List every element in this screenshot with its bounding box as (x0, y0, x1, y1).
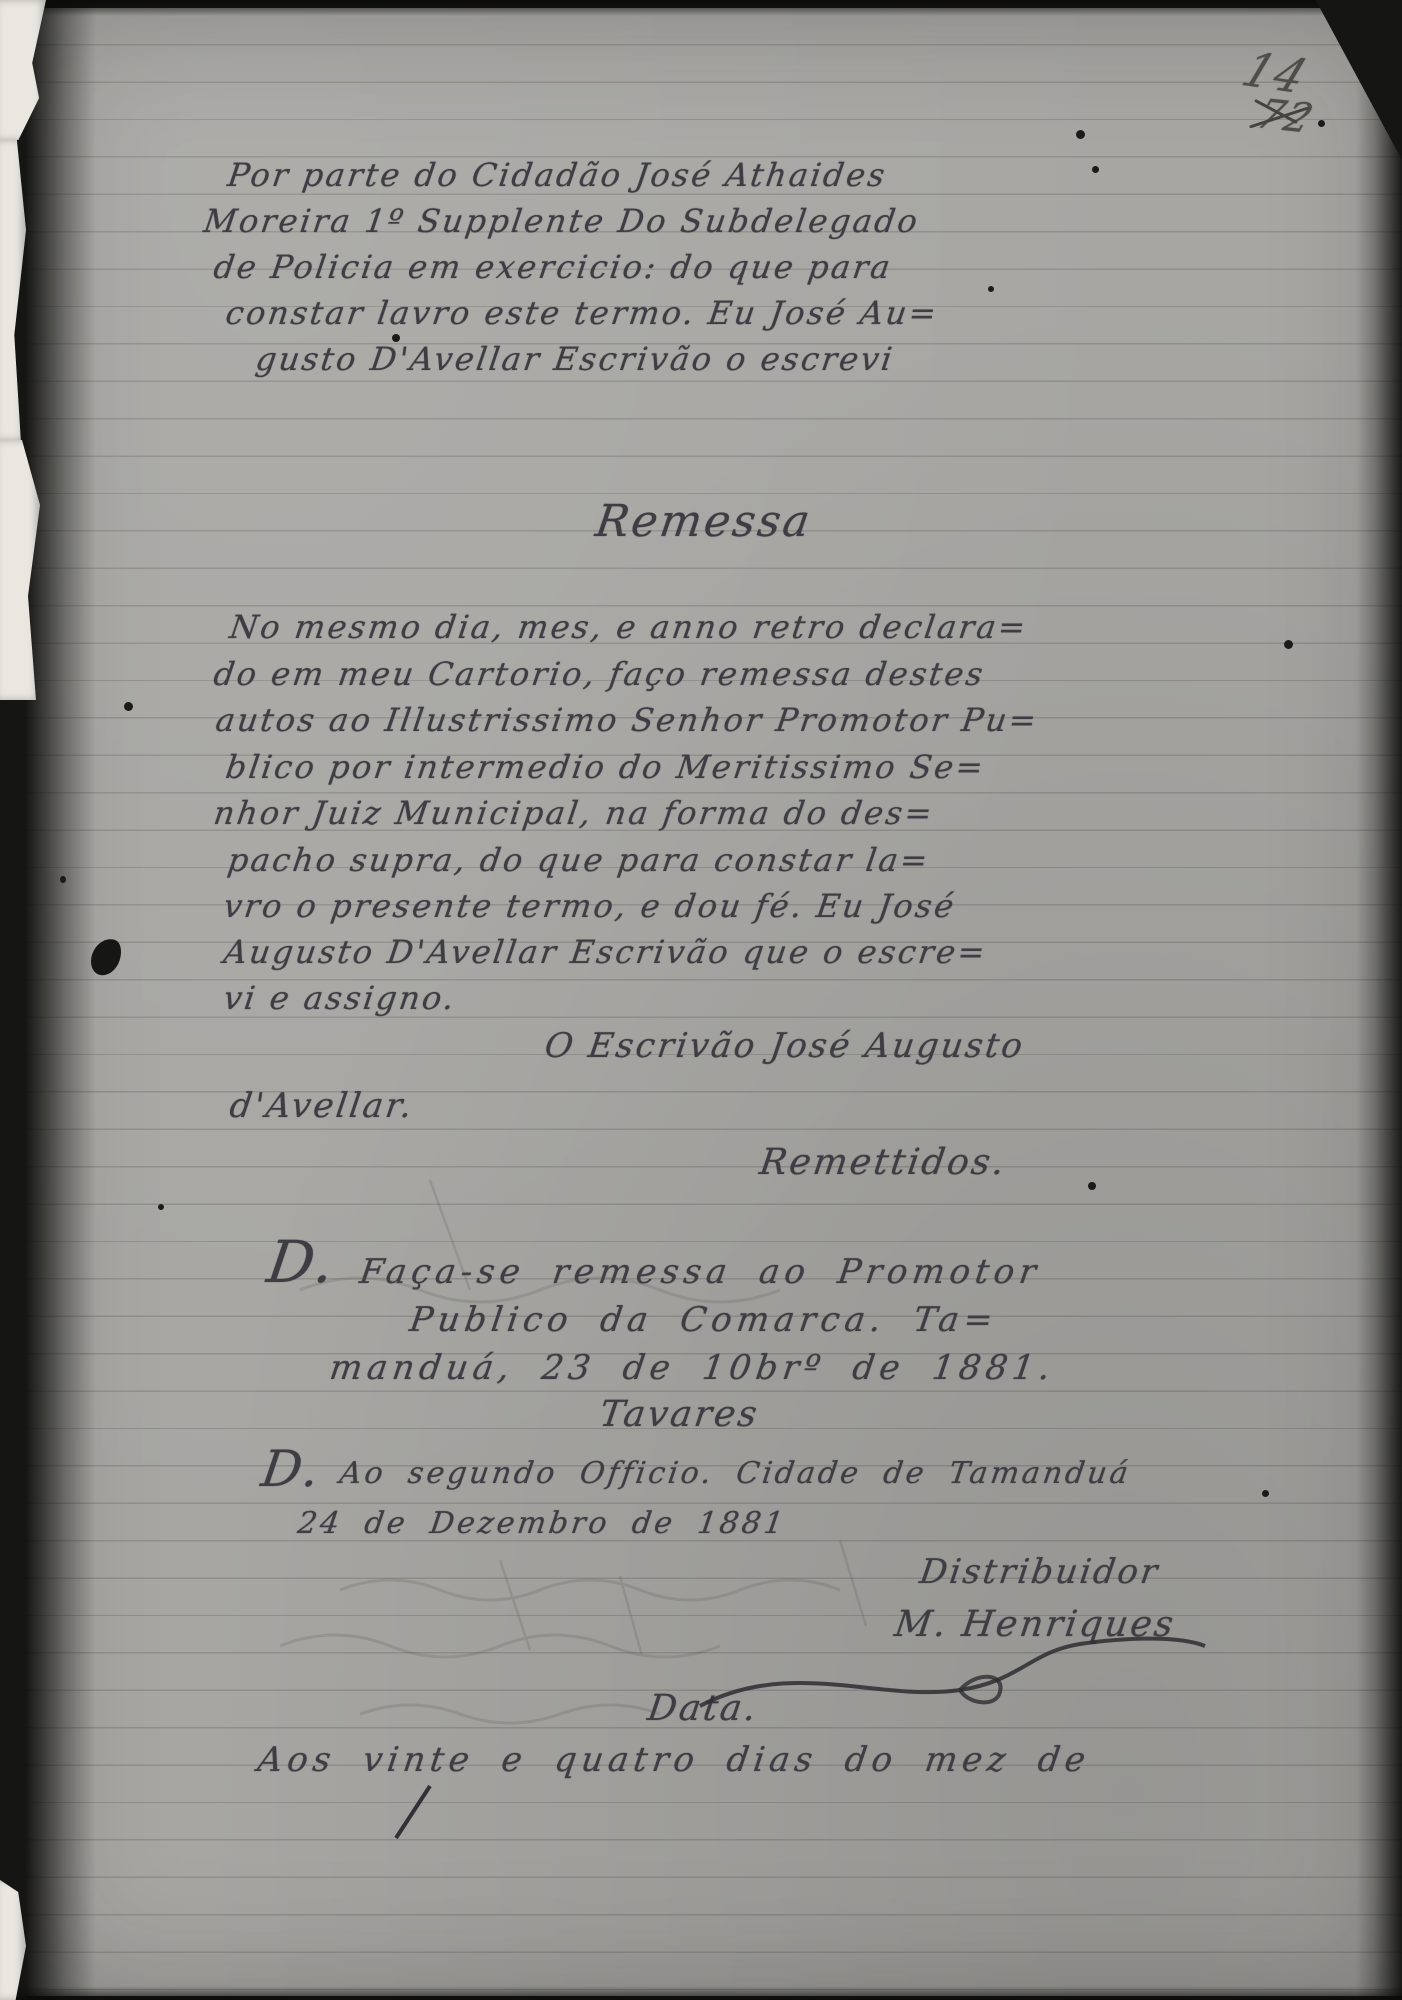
scribe-signature-line-2: d'Avellar. (227, 1086, 417, 1126)
remessa-term-line: No mesmo dia, mes, e anno retro declara= (227, 608, 1030, 646)
remessa-term-line: pacho supra, do que para constar la= (225, 841, 932, 879)
remitted-note: Remettidos. (757, 1142, 1009, 1183)
ink-speck (124, 702, 133, 711)
ink-speck (1284, 640, 1293, 649)
term-closing-line: gusto D'Avellar Escrivão o escrevi (253, 340, 897, 378)
page-right-edge-shadow (1356, 0, 1402, 2000)
scanned-manuscript-screenshot: 14 72 Por parte do Cidadão José Athaides… (0, 0, 1402, 2000)
ink-speck (1088, 1182, 1096, 1190)
despacho-distribuicao-date: 24 de Dezembro de 1881 (296, 1506, 789, 1541)
scribe-signature-line-1: O Escrivão José Augusto (542, 1026, 1027, 1066)
despacho-remessa-date: manduá, 23 de 10brº de 1881. (327, 1348, 1057, 1388)
despacho-distribuicao-line: Ao segundo Officio. Cidade de Tamanduá (338, 1456, 1134, 1491)
remessa-term-line: nhor Juiz Municipal, na forma do des= (211, 794, 936, 832)
remessa-term-line: vi e assigno. (221, 979, 459, 1017)
distribuidor-signature: M. Henriques (892, 1604, 1178, 1645)
ink-speck (1076, 130, 1085, 139)
despacho-remessa-line: Faça-se remessa ao Promotor (357, 1252, 1043, 1292)
page-bottom-edge-shadow (0, 1986, 1402, 2000)
remessa-term-line: blico por intermedio do Meritissimo Se= (223, 748, 988, 786)
torn-paper-edge (0, 140, 26, 440)
term-closing-line: de Policia em exercicio: do que para (211, 248, 895, 286)
ink-speck (988, 286, 994, 292)
remessa-term-line: autos ao Illustrissimo Senhor Promotor P… (213, 701, 1041, 739)
despacho-remessa-line: Publico da Comarca. Ta= (407, 1300, 1000, 1340)
despacho-initial: D. (263, 1228, 340, 1296)
ink-speck (158, 1204, 164, 1210)
remessa-term-line: Augusto D'Avellar Escrivão que o escre= (221, 933, 989, 971)
term-closing-line: constar lavro este termo. Eu José Au= (223, 294, 941, 332)
distribuidor-label: Distribuidor (917, 1552, 1162, 1592)
remessa-heading: Remessa (592, 496, 815, 547)
ink-speck (1092, 166, 1099, 173)
data-heading: Data. (645, 1688, 761, 1729)
despacho-initial: D. (258, 1440, 325, 1498)
page-top-edge-shadow (0, 0, 1402, 16)
term-closing-line: Por parte do Cidadão José Athaides (225, 156, 889, 194)
binding-gutter-shadow (26, 0, 96, 2000)
remessa-term-line: vro o presente termo, e dou fé. Eu José (221, 887, 958, 925)
data-line: Aos vinte e quatro dias do mez de (255, 1740, 1093, 1780)
remessa-term-line: do em meu Cartorio, faço remessa destes (211, 655, 987, 693)
ink-speck (392, 334, 400, 342)
term-closing-line: Moreira 1º Supplente Do Subdelegado (201, 202, 922, 240)
torn-paper-edge (0, 1880, 26, 2000)
ink-speck (1318, 120, 1325, 127)
ink-speck (1262, 1490, 1269, 1497)
ink-speck (60, 876, 66, 883)
judge-signature: Tavares (597, 1394, 762, 1435)
